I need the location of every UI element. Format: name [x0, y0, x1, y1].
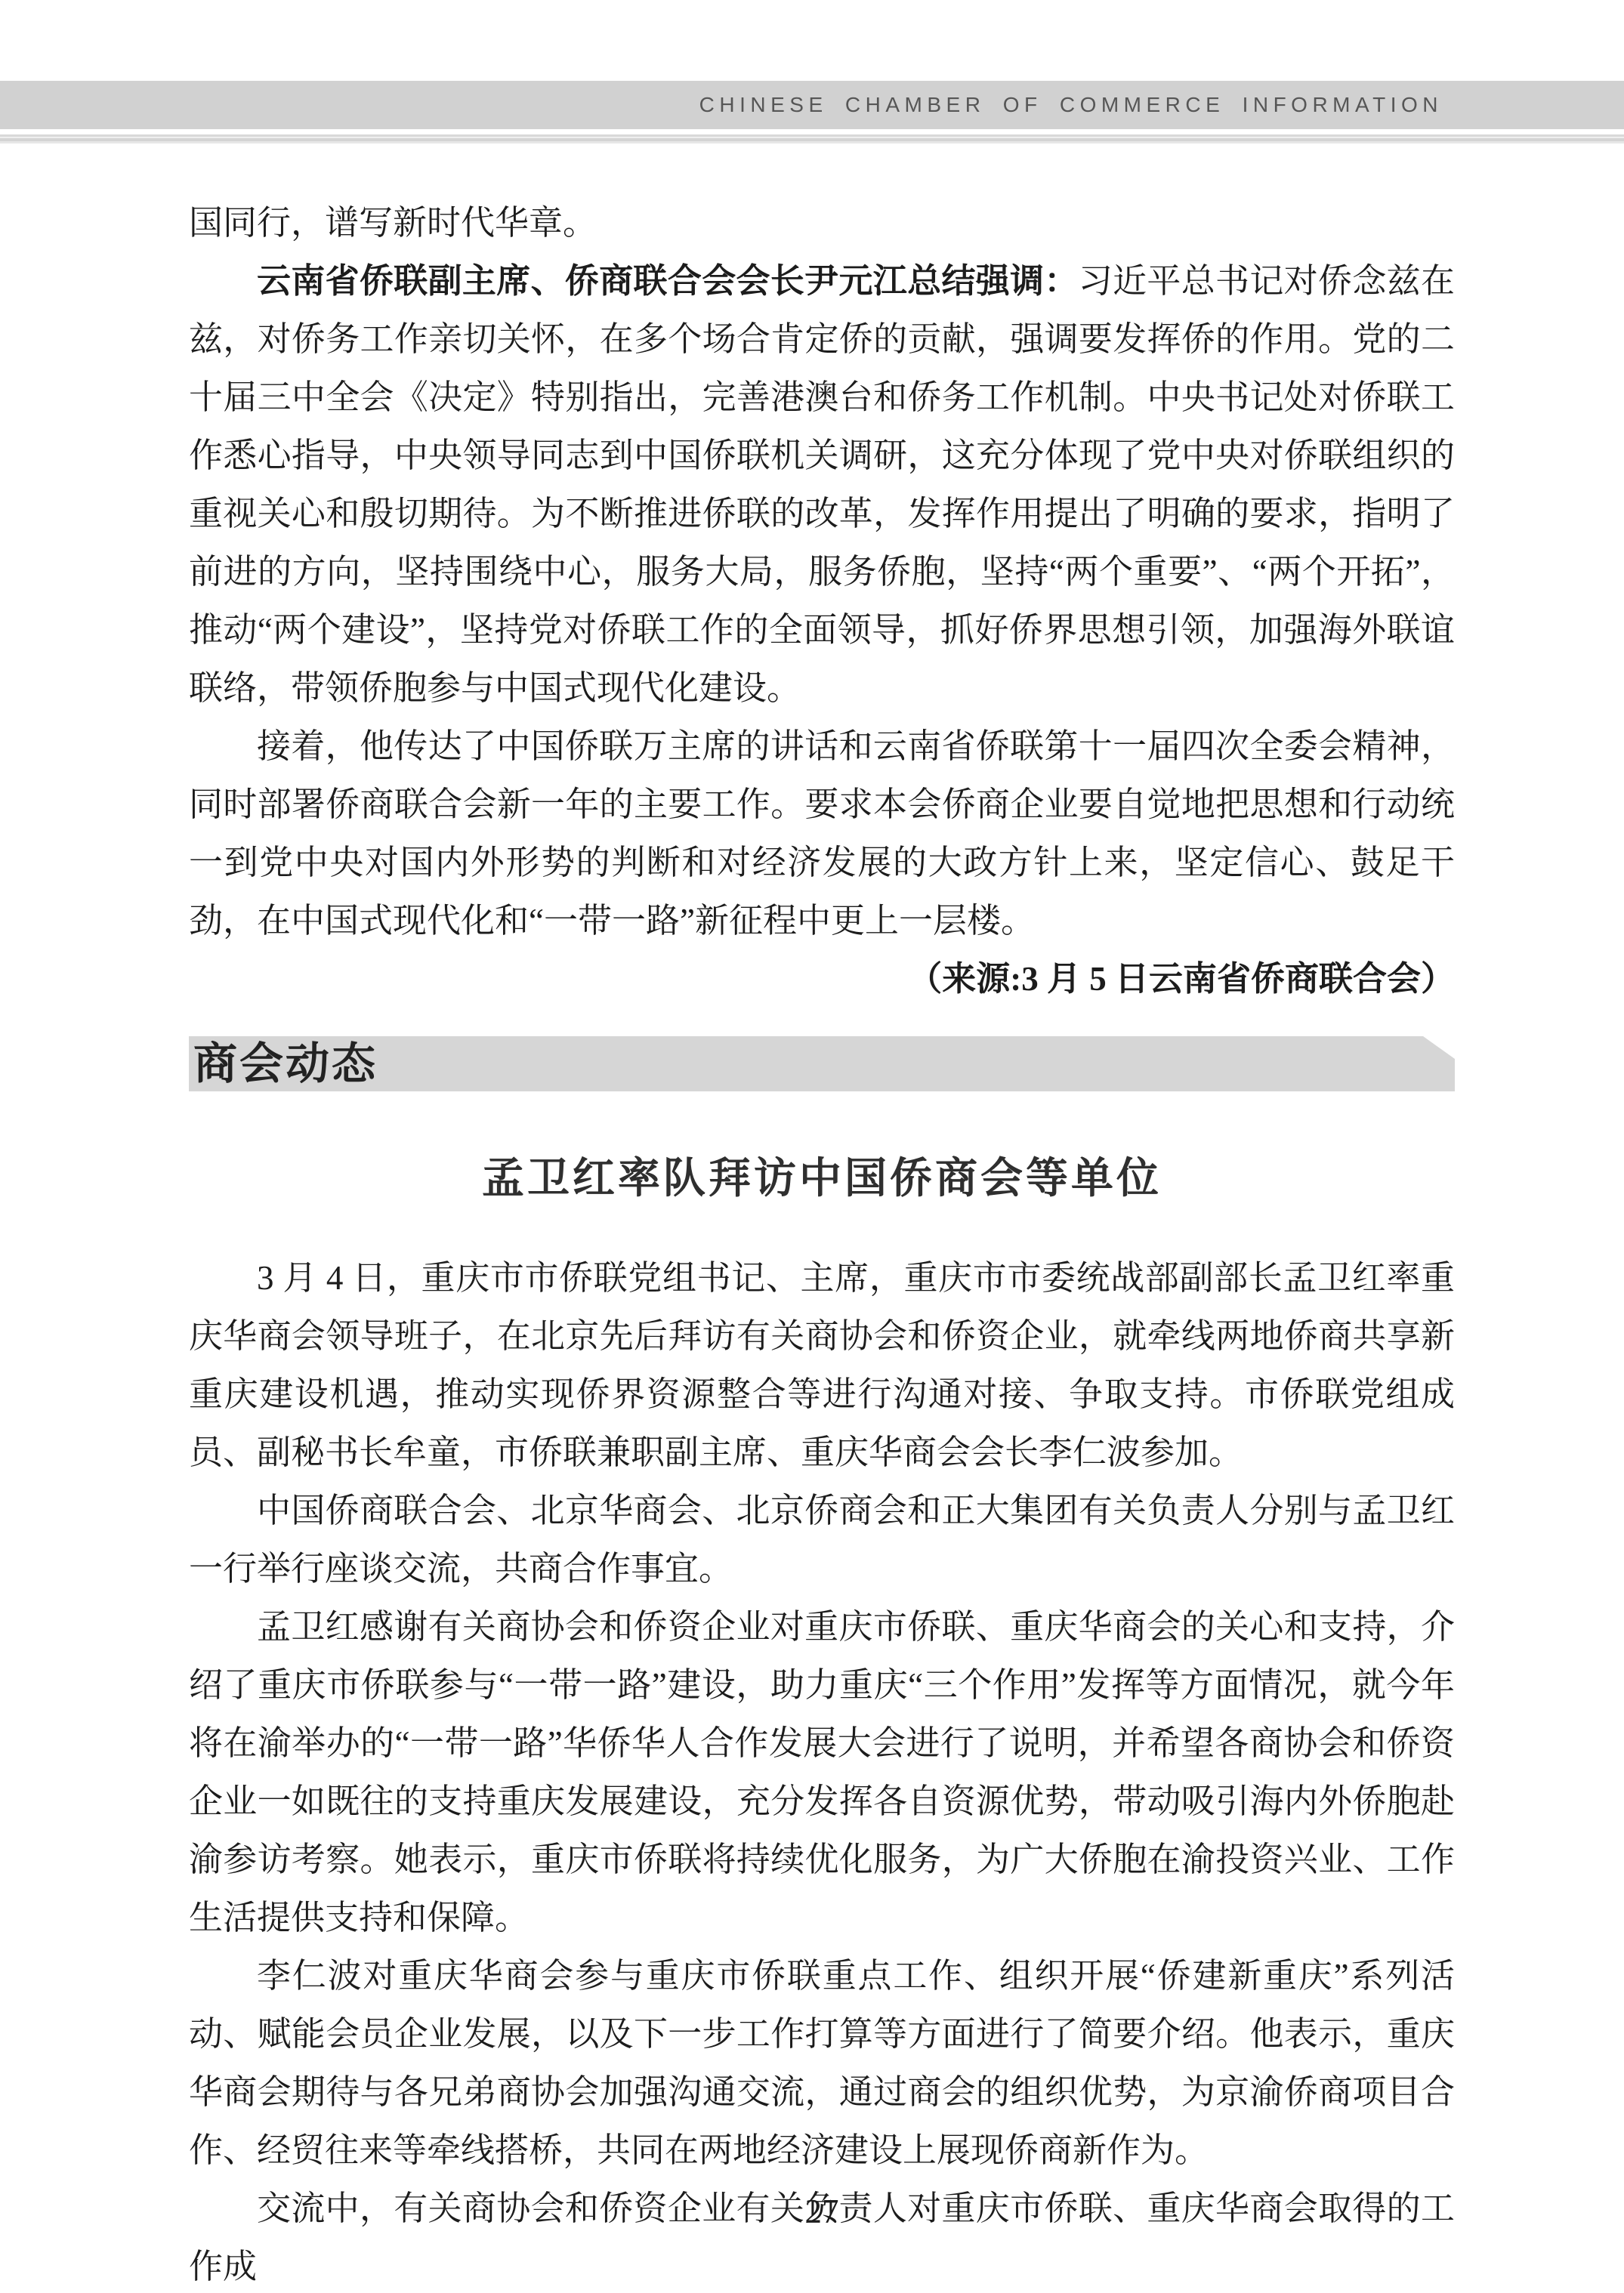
- header-divider-band: [0, 134, 1624, 144]
- document-page: CHINESE CHAMBER OF COMMERCE INFORMATION …: [0, 0, 1624, 2293]
- paragraph-bold-lead: 云南省侨联副主席、侨商联合会会长尹元江总结强调：: [257, 262, 1079, 300]
- paragraph-text: 习近平总书记对侨念兹在兹，对侨务工作亲切关怀，在多个场合肯定侨的贡献，强调要发挥…: [189, 262, 1455, 707]
- article-column: 国同行，谱写新时代华章。 云南省侨联副主席、侨商联合会会长尹元江总结强调：习近平…: [189, 194, 1455, 2293]
- paragraph: 中国侨商联合会、北京华商会、北京侨商会和正大集团有关负责人分别与孟卫红一行举行座…: [189, 1482, 1455, 1598]
- paragraph-text: 接着，他传达了中国侨联万主席的讲话和云南省侨联第十一届四次全委会精神，同时部署侨…: [189, 727, 1455, 940]
- paragraph: 接着，他传达了中国侨联万主席的讲话和云南省侨联第十一届四次全委会精神，同时部署侨…: [189, 718, 1455, 950]
- article-title: 孟卫红率队拜访中国侨商会等单位: [189, 1152, 1455, 1205]
- section-banner-label: 商会动态: [189, 1036, 378, 1091]
- header-banner-text: CHINESE CHAMBER OF COMMERCE INFORMATION: [699, 93, 1443, 117]
- article-2-body: 3 月 4 日，重庆市市侨联党组书记、主席，重庆市市委统战部副部长孟卫红率重庆华…: [189, 1249, 1455, 2293]
- header-bar: CHINESE CHAMBER OF COMMERCE INFORMATION: [0, 81, 1624, 129]
- article-2: 孟卫红率队拜访中国侨商会等单位 3 月 4 日，重庆市市侨联党组书记、主席，重庆…: [189, 1152, 1455, 2293]
- paragraph-continued: 国同行，谱写新时代华章。: [189, 194, 1455, 252]
- paragraph: 3 月 4 日，重庆市市侨联党组书记、主席，重庆市市委统战部副部长孟卫红率重庆华…: [189, 1249, 1455, 1482]
- page-number: 27: [189, 2192, 1455, 2231]
- section-banner: 商会动态: [189, 1036, 1455, 1091]
- paragraph: 云南省侨联副主席、侨商联合会会长尹元江总结强调：习近平总书记对侨念兹在兹，对侨务…: [189, 252, 1455, 718]
- paragraph: 李仁波对重庆华商会参与重庆市侨联重点工作、组织开展“侨建新重庆”系列活动、赋能会…: [189, 1947, 1455, 2180]
- article-1: 国同行，谱写新时代华章。 云南省侨联副主席、侨商联合会会长尹元江总结强调：习近平…: [189, 194, 1455, 950]
- source-note: （来源:3 月 5 日云南省侨商联合会）: [840, 950, 1455, 1008]
- paragraph: 孟卫红感谢有关商协会和侨资企业对重庆市侨联、重庆华商会的关心和支持，介绍了重庆市…: [189, 1598, 1455, 1947]
